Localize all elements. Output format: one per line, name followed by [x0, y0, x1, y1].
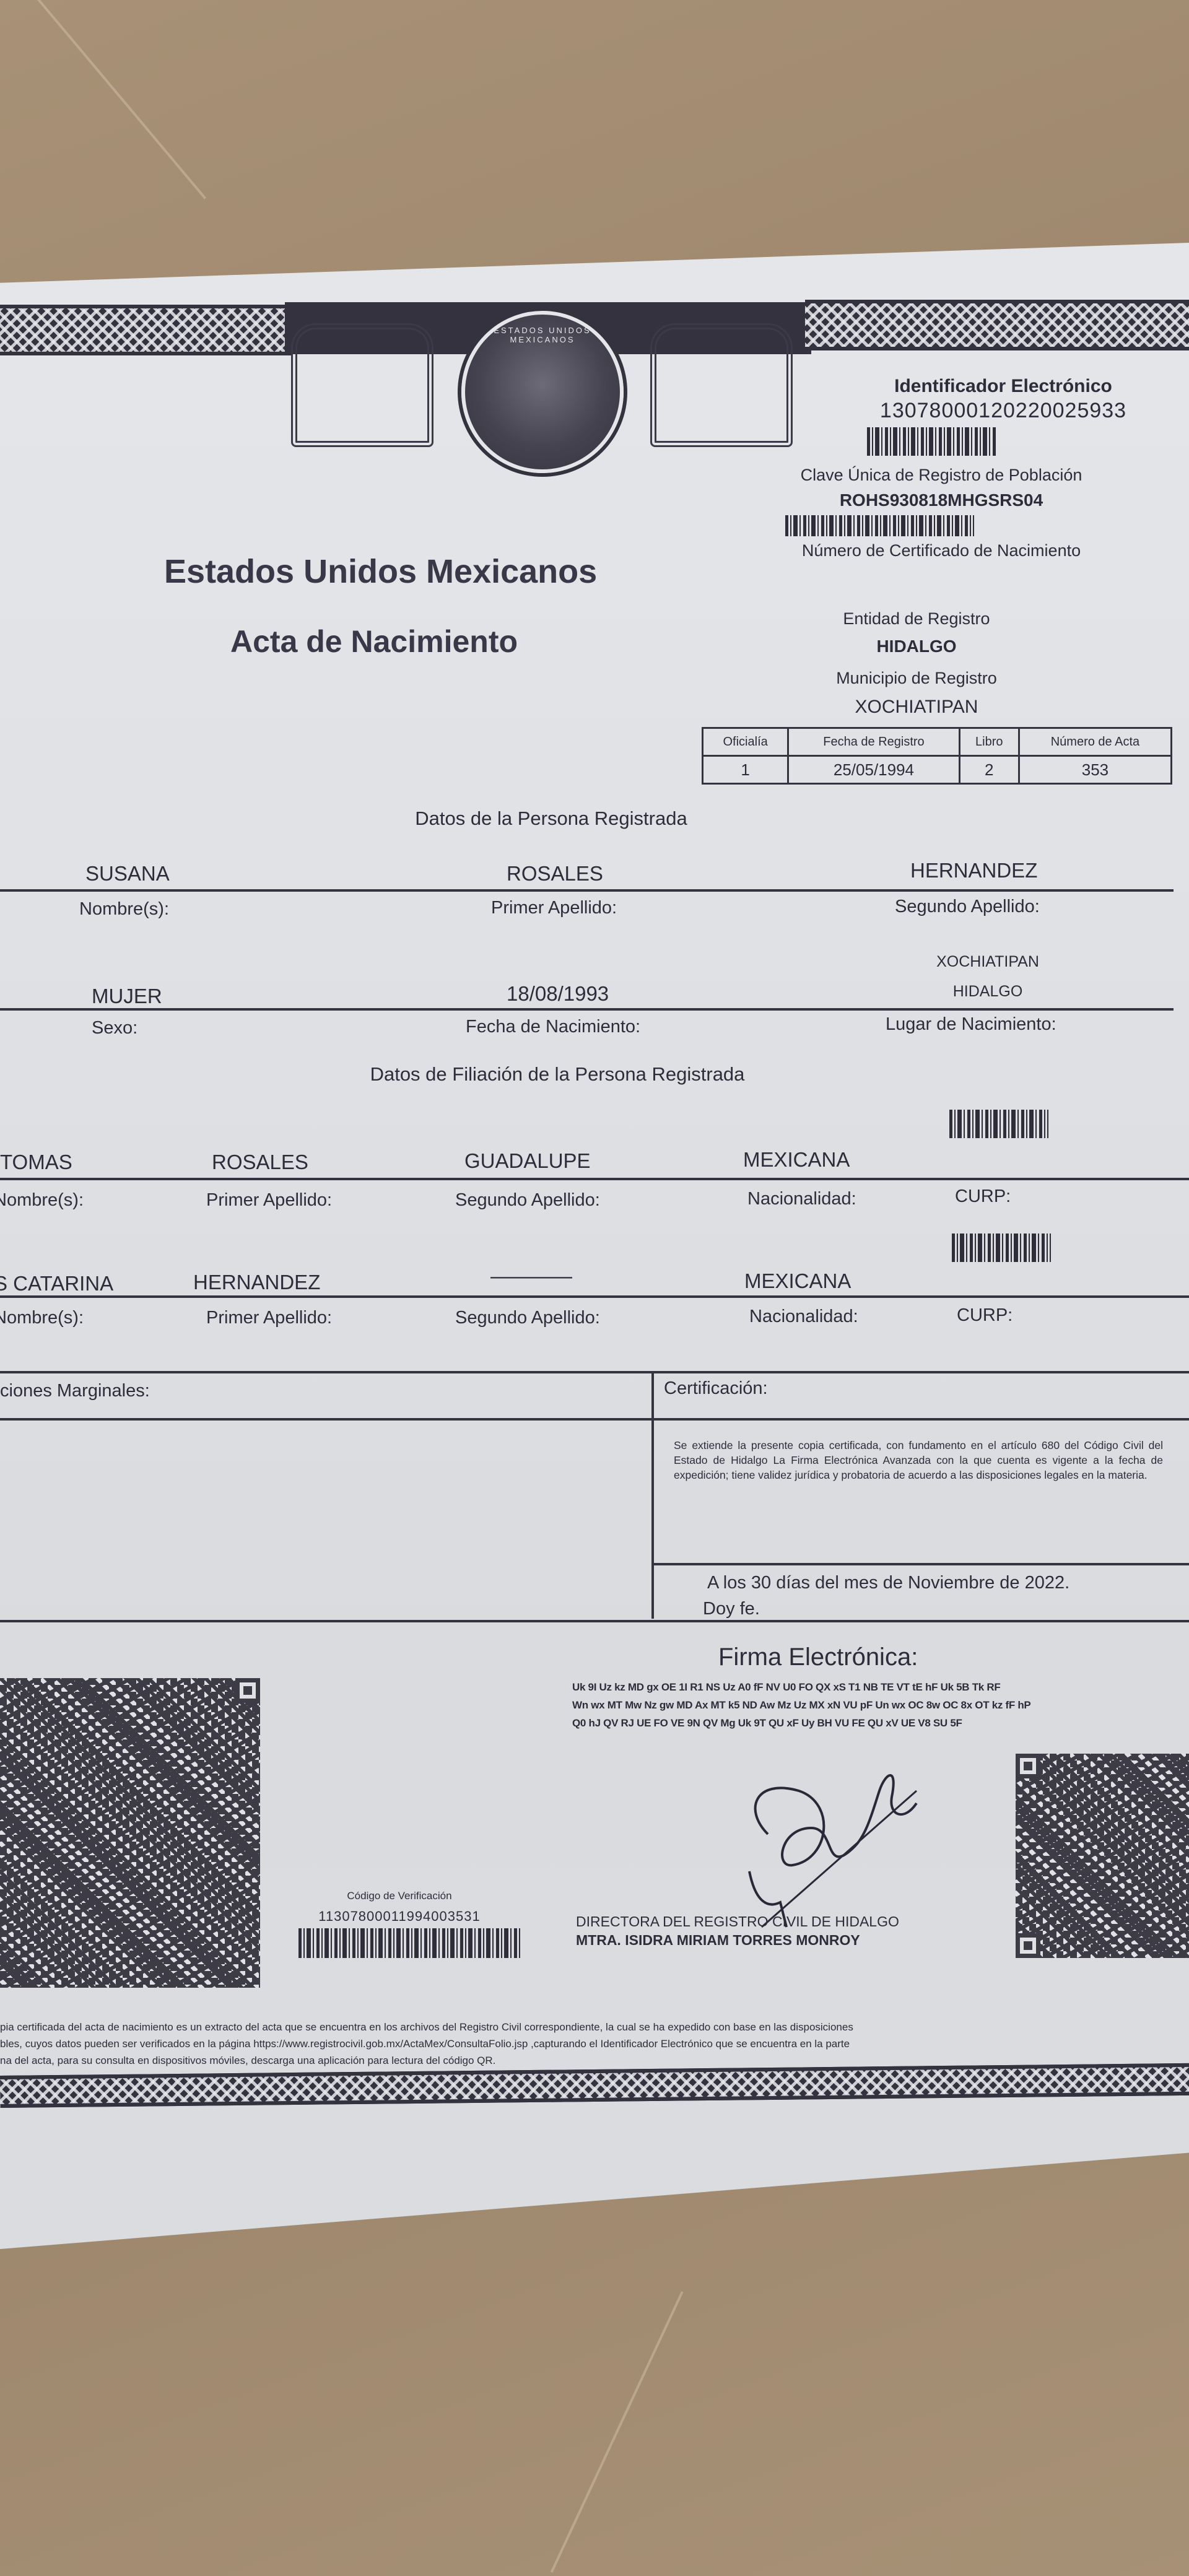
verification-barcode — [298, 1928, 521, 1958]
signature-code-line: Q0 hJ QV RJ UE FO VE 9N QV Mg Uk 9T QU x… — [572, 1714, 1167, 1732]
signature-code-line: Wn wx MT Mw Nz gw MD Ax MT k5 ND Aw Mz U… — [572, 1696, 1167, 1714]
curp-value: ROHS930818MHGSRS04 — [743, 490, 1139, 510]
person-name: SUSANA — [85, 862, 170, 885]
registry-table-row: 1 25/05/1994 2 353 — [703, 756, 1172, 784]
box-top-rule — [0, 1371, 1189, 1373]
label-sexo: Sexo: — [92, 1018, 137, 1038]
registered-person-section-title: Datos de la Persona Registrada — [297, 807, 805, 830]
parent1-first-surname: ROSALES — [212, 1151, 308, 1174]
doy-fe: Doy fe. — [703, 1599, 760, 1619]
parent2-second-surname: ———— — [490, 1264, 572, 1288]
signature-code-line: Uk 9I Uz kz MD gx OE 1I R1 NS Uz A0 fF N… — [572, 1678, 1167, 1696]
electronic-signature-code: Uk 9I Uz kz MD gx OE 1I R1 NS Uz A0 fF N… — [572, 1678, 1167, 1732]
divider — [0, 1295, 1189, 1298]
person-second-surname: HERNANDEZ — [910, 859, 1037, 882]
coat-of-arms-seal-icon: ESTADOS UNIDOS MEXICANOS — [461, 311, 624, 473]
registry-table-header: Oficialía Fecha de Registro Libro Número… — [703, 728, 1172, 756]
fabric-seam — [37, 0, 206, 199]
birth-place-city: XOCHIATIPAN — [926, 953, 1050, 971]
issue-date: A los 30 días del mes de Noviembre de 20… — [707, 1573, 1069, 1593]
document-title: Acta de Nacimiento — [230, 624, 518, 659]
label-nombre: Nombre(s): — [79, 899, 169, 920]
parent2-first-surname: HERNANDEZ — [193, 1271, 320, 1294]
filiation-section-title: Datos de Filiación de la Persona Registr… — [248, 1063, 867, 1086]
value-numero-acta: 353 — [1019, 756, 1171, 784]
parent1-nationality: MEXICANA — [743, 1148, 850, 1172]
legal-footer: pia certificada del acta de nacimiento e… — [0, 2019, 1189, 2069]
verification-code-label: Código de Verificación — [328, 1890, 471, 1902]
parent1-label-nacionalidad: Nacionalidad: — [747, 1189, 856, 1209]
electronic-signature-title: Firma Electrónica: — [718, 1643, 918, 1671]
person-sex: MUJER — [92, 985, 162, 1008]
person-first-surname: ROSALES — [507, 862, 603, 885]
footer-line: pia certificada del acta de nacimiento e… — [0, 2019, 1189, 2035]
certification-label: Certificación: — [664, 1378, 768, 1399]
box-vertical-divider — [651, 1371, 654, 1619]
country-title: Estados Unidos Mexicanos — [164, 552, 597, 591]
municipality-value: XOCHIATIPAN — [718, 697, 1115, 718]
parent2-label-segundo-apellido: Segundo Apellido: — [455, 1308, 600, 1328]
registry-table: Oficialía Fecha de Registro Libro Número… — [702, 727, 1172, 785]
label-segundo-apellido: Segundo Apellido: — [895, 897, 1040, 917]
parent1-name: TOMAS — [0, 1151, 72, 1174]
parent1-second-surname: GUADALUPE — [464, 1149, 591, 1173]
parent2-label-primer-apellido: Primer Apellido: — [206, 1308, 332, 1328]
certification-text: Se extiende la presente copia certificad… — [674, 1438, 1163, 1482]
label-fecha-nacimiento: Fecha de Nacimiento: — [466, 1017, 640, 1037]
ornament-scroll-right — [650, 323, 793, 447]
divider — [0, 1178, 1189, 1180]
electronic-id: 13078000120220025933 — [805, 399, 1189, 423]
parent2-curp-barcode — [952, 1234, 1051, 1262]
header-oficialia: Oficialía — [703, 728, 788, 756]
parent2-label-nombre: Nombre(s): — [0, 1308, 84, 1328]
parent2-label-curp: CURP: — [957, 1305, 1013, 1326]
value-libro: 2 — [959, 756, 1019, 784]
date-divider — [651, 1563, 1189, 1565]
header-fecha-registro: Fecha de Registro — [788, 728, 959, 756]
parent2-label-nacionalidad: Nacionalidad: — [749, 1307, 858, 1327]
parent1-label-primer-apellido: Primer Apellido: — [206, 1190, 332, 1211]
curp-label: Clave Única de Registro de Población — [743, 466, 1139, 485]
header-libro: Libro — [959, 728, 1019, 756]
birth-place-state: HIDALGO — [926, 983, 1050, 1001]
parent2-name: S CATARINA — [0, 1272, 113, 1295]
decorative-border-bottom — [0, 2063, 1189, 2108]
parent1-label-nombre: Nombre(s): — [0, 1190, 84, 1211]
value-fecha-registro: 25/05/1994 — [788, 756, 959, 784]
parent1-label-curp: CURP: — [955, 1186, 1011, 1207]
label-lugar-nacimiento: Lugar de Nacimiento: — [886, 1014, 1056, 1035]
municipality-label: Municipio de Registro — [718, 669, 1115, 688]
entity-label: Entidad de Registro — [718, 609, 1115, 629]
divider — [0, 889, 1174, 892]
value-oficialia: 1 — [703, 756, 788, 784]
curp-barcode — [785, 515, 974, 536]
qr-finder — [1016, 1754, 1040, 1778]
signer-title: DIRECTORA DEL REGISTRO CIVIL DE HIDALGO — [576, 1913, 899, 1930]
electronic-id-label: Identificador Electrónico — [805, 376, 1189, 397]
seal-text: ESTADOS UNIDOS MEXICANOS — [465, 326, 620, 344]
qr-code-right[interactable] — [1016, 1754, 1189, 1958]
signer-name: MTRA. ISIDRA MIRIAM TORRES MONROY — [576, 1932, 860, 1949]
entity-value: HIDALGO — [718, 637, 1115, 656]
parent1-label-segundo-apellido: Segundo Apellido: — [455, 1190, 600, 1211]
decorative-border-left — [0, 305, 291, 355]
person-birth-date: 18/08/1993 — [507, 982, 609, 1006]
handwritten-signature-icon — [731, 1754, 966, 1939]
qr-finder — [235, 1678, 260, 1703]
header-numero-acta: Número de Acta — [1019, 728, 1171, 756]
qr-code-left[interactable] — [0, 1678, 260, 1988]
box-bottom-rule — [0, 1620, 1189, 1622]
ornament-scroll-left — [291, 323, 433, 447]
parent1-curp-barcode — [949, 1110, 1048, 1138]
birth-certificate-paper: ESTADOS UNIDOS MEXICANOS Identificador E… — [0, 243, 1189, 2249]
birth-certificate-number-label: Número de Certificado de Nacimiento — [743, 541, 1139, 560]
parent2-nationality: MEXICANA — [744, 1269, 851, 1293]
decorative-border-right — [805, 300, 1189, 350]
label-primer-apellido: Primer Apellido: — [491, 898, 617, 918]
electronic-id-barcode — [867, 427, 997, 456]
divider — [0, 1008, 1174, 1011]
qr-finder — [1016, 1933, 1040, 1958]
fabric-seam — [551, 2291, 684, 2573]
box-header-rule — [0, 1418, 1189, 1421]
verification-code: 11307800011994003531 — [297, 1908, 502, 1925]
marginal-annotations-label: ciones Marginales: — [0, 1381, 150, 1401]
footer-line: bles, cuyos datos pueden ser verificados… — [0, 2035, 1189, 2052]
